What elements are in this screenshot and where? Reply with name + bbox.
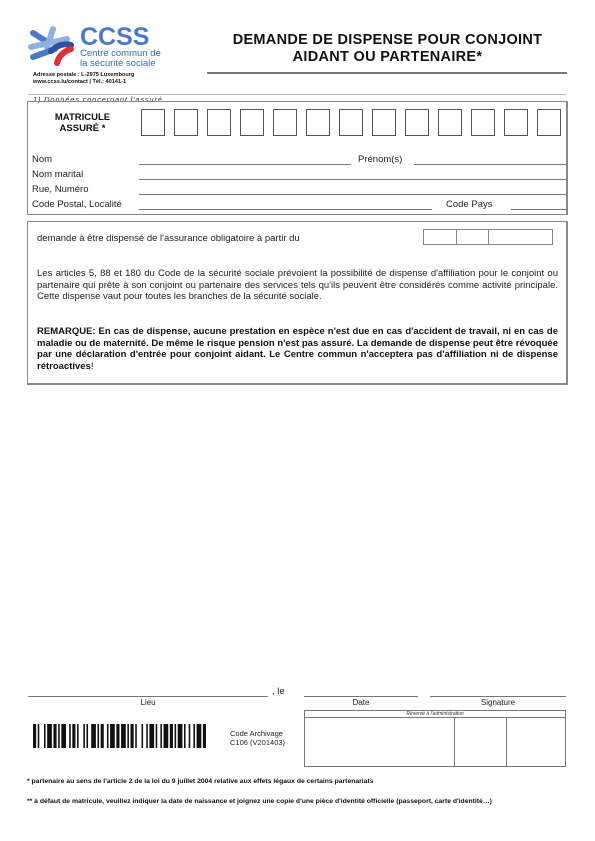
matricule-digit-box[interactable] [174,109,198,136]
archive-code: Code Archivage C106 (V201403) [230,729,285,747]
start-date-input[interactable] [423,229,553,245]
date-field[interactable] [304,696,418,697]
signature-caption: Signature [430,698,566,707]
rue-field[interactable] [139,194,566,195]
rue-label: Rue, Numéro [32,184,89,195]
postal-address: Adresse postale : L-2975 Luxembourg www.… [33,72,134,86]
matricule-label-line2: ASSURÉ * [45,123,120,134]
nom-marital-field[interactable] [139,179,566,180]
matricule-label-line1: MATRICULE [45,112,120,123]
matricule-digit-box[interactable] [405,109,429,136]
code-postal-label: Code Postal, Localité [32,199,122,210]
matricule-digit-box[interactable] [273,109,297,136]
matricule-digit-box[interactable] [339,109,363,136]
matricule-digit-box[interactable] [306,109,330,136]
admin-divider-2 [506,718,507,766]
archive-code-label: Code Archivage [230,729,285,738]
footnote-2: ** à défaut de matricule, veuillez indiq… [27,797,572,806]
date-day-cell[interactable] [424,230,457,244]
matricule-digit-box[interactable] [471,109,495,136]
matricule-label: MATRICULE ASSURÉ * [45,112,120,134]
title-divider [207,72,567,74]
matricule-digit-box[interactable] [438,109,462,136]
remark-text: REMARQUE: En cas de dispense, aucune pre… [37,326,558,372]
matricule-digit-box[interactable] [504,109,528,136]
prenom-field[interactable] [414,164,566,165]
title-line1: DEMANDE DE DISPENSE POUR CONJOINT [205,32,570,49]
demande-text: demande à être dispensé de l'assurance o… [37,233,300,244]
nom-label: Nom [32,154,52,165]
le-text: , le [272,686,285,697]
date-caption: Date [304,698,418,707]
page-title: DEMANDE DE DISPENSE POUR CONJOINT AIDANT… [205,32,570,66]
admin-divider-1 [454,718,455,766]
address-line1: Adresse postale : L-2975 Luxembourg [33,72,134,79]
code-postal-field[interactable] [139,209,432,210]
signature-field[interactable] [430,696,566,697]
matricule-digit-box[interactable] [372,109,396,136]
articles-paragraph: Les articles 5, 88 et 180 du Code de la … [37,268,558,303]
nom-field[interactable] [139,164,351,165]
nom-marital-label: Nom marital [32,169,83,180]
brand-name: CCSS [80,24,149,50]
matricule-digit-box[interactable] [141,109,165,136]
date-month-cell[interactable] [457,230,489,244]
title-line2: AIDANT OU PARTENAIRE* [205,49,570,66]
brand-subtitle: Centre commun de la sécurité sociale [80,49,161,69]
brand-subtitle-line2: la sécurité sociale [80,59,161,69]
matricule-digit-box[interactable] [537,109,561,136]
lieu-field[interactable] [28,696,268,697]
address-line2: www.ccss.lu/contact | Tél.: 40141-1 [33,79,134,86]
matricule-digit-box[interactable] [207,109,231,136]
code-pays-label: Code Pays [446,199,492,210]
remark-end: ! [91,361,94,372]
matricule-digit-box[interactable] [240,109,264,136]
barcode-icon [33,724,206,748]
lieu-caption: Lieu [28,698,268,707]
footnote-1: * partenaire au sens de l'article 2 de l… [27,777,572,786]
admin-reserved-box: Réservé à l'administration [304,710,566,767]
prenom-label: Prénom(s) [358,154,402,165]
admin-reserved-label: Réservé à l'administration [305,711,565,718]
ccss-logo-icon [27,25,75,67]
remark-paragraph: REMARQUE: En cas de dispense, aucune pre… [37,326,558,372]
code-pays-field[interactable] [511,209,566,210]
archive-code-value: C106 (V201403) [230,738,285,747]
date-year-cell[interactable] [489,230,552,244]
